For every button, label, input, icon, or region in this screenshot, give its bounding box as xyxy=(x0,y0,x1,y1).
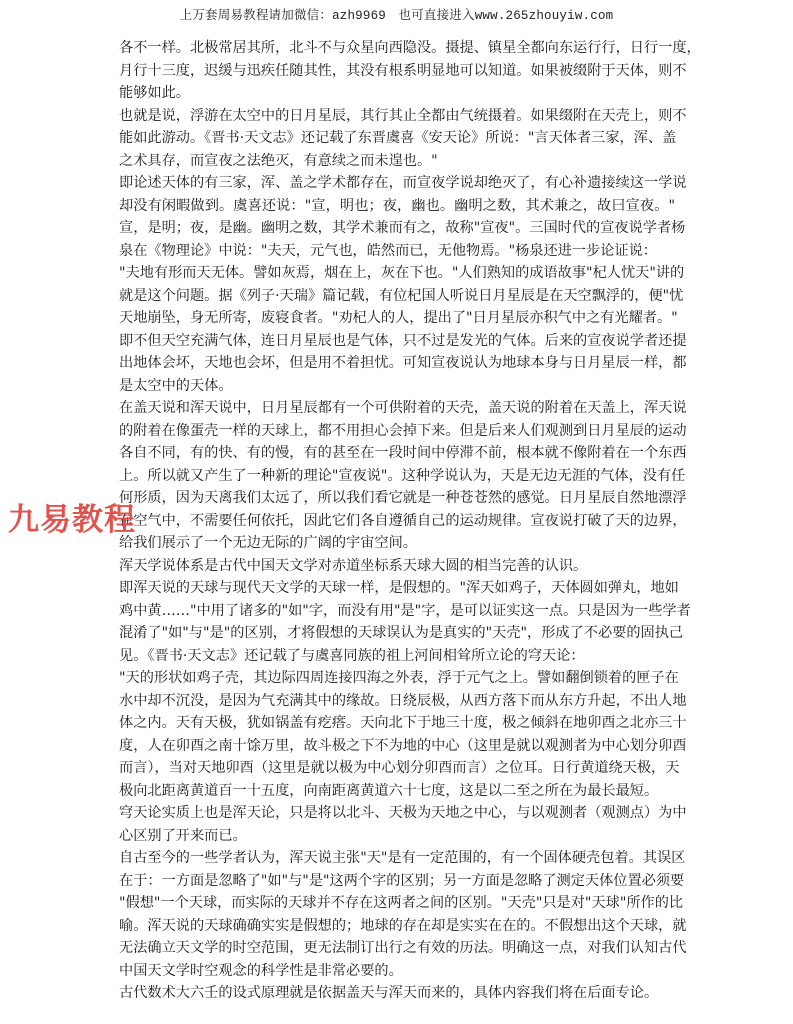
text-line: 见。《晋书·天文志》还记载了与虞喜同族的祖上河间相耸所立论的穹天论： xyxy=(119,645,675,668)
text-line: 何形质，因为天离我们太远了，所以我们看它就是一种苍苍然的感觉。日月星辰自然地漂浮 xyxy=(119,487,675,510)
header-middle: 也可直接进入 xyxy=(386,7,475,22)
text-line: 却没有闲暇做到。虞喜还说："宣，明也；夜，幽也。幽明之数，其术兼之，故曰宣夜。" xyxy=(119,195,675,218)
text-line: 给我们展示了一个无边无际的广阔的宇宙空间。 xyxy=(119,532,675,555)
text-line: 鸡中黄……"中用了诸多的"如"字，而没有用"是"字，是可以证实这一点。只是因为一… xyxy=(119,600,675,623)
text-line: 在空气中，不需要任何依托，因此它们各自遵循自己的运动规律。宣夜说打破了天的边界， xyxy=(119,510,675,533)
text-line: 在于：一方面是忽略了"如"与"是"这两个字的区别；另一方面是忽略了测定天体位置必… xyxy=(119,870,675,893)
text-line: 喻。浑天说的天球确确实实是假想的；地球的存在却是实实在在的。不假想出这个天球，就 xyxy=(119,915,675,938)
text-line: 天地崩坠，身无所寄，废寝食者。"劝杞人的人，提出了"日月星辰亦积气中之有光耀者。… xyxy=(119,307,675,330)
text-line: 就是这个问题。据《列子·天瑞》篇记载，有位杞国人听说日月星辰是在天空飘浮的，便"… xyxy=(119,285,675,308)
text-line: 心区别了开来而已。 xyxy=(119,825,675,848)
text-line: 体之内。天有天极，犹如锅盖有疙瘩。天向北下于地三十度，极之倾斜在地卯酉之北亦三十 xyxy=(119,712,675,735)
text-line: 之术具存，而宣夜之法绝灭，有意续之而未遑也。" xyxy=(119,150,675,173)
text-line: 能如此游动。《晋书·天文志》还记载了东晋虞喜《安天论》所说："言天体者三家，浑、… xyxy=(119,127,675,150)
text-line: 上。所以就又产生了一种新的理论"宣夜说"。这种学说认为，天是无边无涯的气体，没有… xyxy=(119,465,675,488)
text-line: 也就是说，浮游在太空中的日月星辰，其行其止全都由气统摄着。如果缀附在天壳上，则不 xyxy=(119,105,675,128)
text-line: 能够如此。 xyxy=(119,82,675,105)
text-line: 中国天文学时空观念的科学性是非常必要的。 xyxy=(119,960,675,983)
text-line: 穹天论实质上也是浑天论，只是将以北斗、天极为天地之中心，与以观测者（观测点）为中 xyxy=(119,802,675,825)
text-line: 即论述天体的有三家，浑、盖之学术都存在，而宣夜学说却绝灭了，有心补遗接续这一学说 xyxy=(119,172,675,195)
text-line: 即浑天说的天球与现代天文学的天球一样，是假想的。"浑天如鸡子，天体圆如弹丸，地如 xyxy=(119,577,675,600)
text-line: 月行十三度，迟缓与迅疾任随其性，其没有根系明显地可以知道。如果被缀附于天体，则不 xyxy=(119,60,675,83)
text-line: 水中却不沉没，是因为气充满其中的缘故。日绕辰极，从西方落下而从东方升起，不出人地 xyxy=(119,690,675,713)
text-line: 浑天学说体系是古代中国天文学对赤道坐标系天球大圆的相当完善的认识。 xyxy=(119,555,675,578)
wechat-id: azh9969 xyxy=(332,9,386,23)
text-line: 无法确立天文学的时空范围，更无法制订出行之有效的历法。明确这一点，对我们认知古代 xyxy=(119,937,675,960)
text-line: 自古至今的一些学者认为，浑天说主张"天"是有一定范围的，有一个固体硬壳包着。其误… xyxy=(119,847,675,870)
text-line: 各不一样。北极常居其所，北斗不与众星向西隐没。摄提、镇星全都向东运行行，日行一度… xyxy=(119,37,675,60)
text-line: 在盖天说和浑天说中，日月星辰都有一个可供附着的天壳，盖天说的附着在天盖上，浑天说 xyxy=(119,397,675,420)
text-line: 极向北距离黄道百一十五度，向南距离黄道六十七度，这是以二至之所在为最长最短。 xyxy=(119,780,675,803)
text-line: 泉在《物理论》中说："夫天，元气也，皓然而已，无他物焉。"杨泉还进一步论证说： xyxy=(119,240,675,263)
document-body: 各不一样。北极常居其所，北斗不与众星向西隐没。摄提、镇星全都向东运行行，日行一度… xyxy=(119,37,675,1005)
text-line: 即不但天空充满气体，连日月星辰也是气体，只不过是发光的气体。后来的宣夜说学者还提 xyxy=(119,330,675,353)
text-line: 而言），当对天地卯酉（这里是就以极为中心划分卯酉而言）之位耳。日行黄道绕天极，天 xyxy=(119,757,675,780)
text-line: "天的形状如鸡子壳，其边际四周连接四海之外表，浮于元气之上。譬如翻倒锁着的匣子在 xyxy=(119,667,675,690)
text-line: 的附着在像蛋壳一样的天球上，都不用担心会掉下来。但是后来人们观测到日月星辰的运动 xyxy=(119,420,675,443)
text-line: 度，人在卯酉之南十馀万里，故斗极之下不为地的中心（这里是就以观测者为中心划分卯酉 xyxy=(119,735,675,758)
text-line: 是太空中的天体。 xyxy=(119,375,675,398)
site-url: www.265zhouyiw.com xyxy=(475,9,614,23)
text-line: 混淆了"如"与"是"的区别，才将假想的天球误认为是真实的"天壳"，形成了不必要的… xyxy=(119,622,675,645)
text-line: 各自不同，有的快、有的慢，有的甚至在一段时间中停滞不前，根本就不像附着在一个东西 xyxy=(119,442,675,465)
text-line: 出地体会坏，天地也会坏，但是用不着担忧。可知宣夜说认为地球本身与日月星辰一样，都 xyxy=(119,352,675,375)
text-line: 古代数术大六壬的设式原理就是依据盖天与浑天而来的，具体内容我们将在后面专论。 xyxy=(119,982,675,1005)
header-prefix: 上万套周易教程请加微信： xyxy=(180,7,332,22)
text-line: "假想"一个天球，而实际的天球并不存在这两者之间的区别。"天壳"只是对"天球"所… xyxy=(119,892,675,915)
watermark-logo: 九易教程 xyxy=(8,494,136,539)
text-line: "夫地有形而天无体。譬如灰焉，烟在上，灰在下也。"人们熟知的成语故事"杞人忧天"… xyxy=(119,262,675,285)
page-header-banner: 上万套周易教程请加微信：azh9969 也可直接进入www.265zhouyiw… xyxy=(0,5,793,23)
text-line: 宣，是明；夜，是幽。幽明之数，其学术兼而有之，故称"宣夜"。三国时代的宣夜说学者… xyxy=(119,217,675,240)
